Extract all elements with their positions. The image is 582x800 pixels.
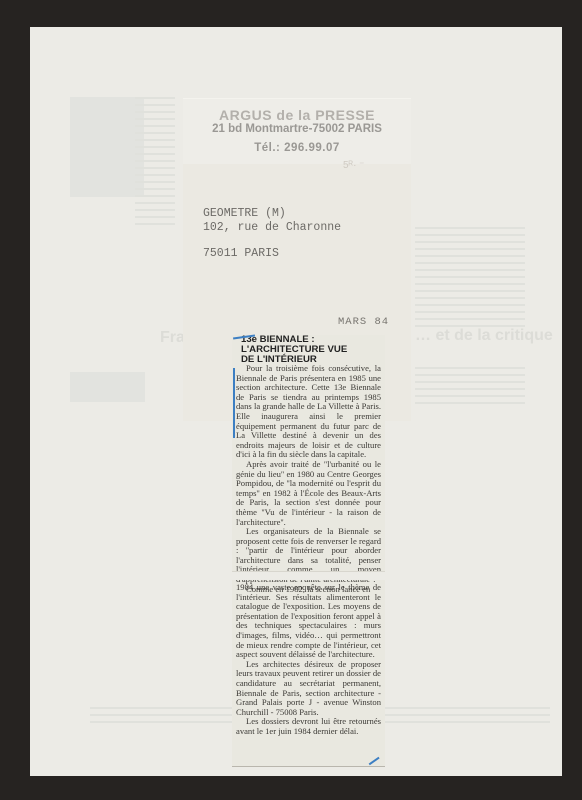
publication-date: MARS 84 bbox=[338, 316, 389, 328]
clipping-body-part1: Pour la troisième fois consécutive, la B… bbox=[236, 364, 381, 594]
paragraph: Après avoir traité de ''l'urbanité ou le… bbox=[236, 460, 381, 527]
recipient-city: 75011 PARIS bbox=[203, 247, 279, 260]
paragraph: Les dossiers devront lui être retournés … bbox=[236, 717, 381, 736]
slip-header: ARGUS de la PRESSE 21 bd Montmartre-7500… bbox=[183, 99, 411, 164]
ghost-heading: … et de la critique bbox=[415, 327, 553, 345]
ghost-image-show-through bbox=[70, 97, 144, 197]
agency-phone: Tél.: 296.99.07 bbox=[183, 142, 411, 154]
paragraph: Les architectes désireux de proposer leu… bbox=[236, 660, 381, 718]
clipping-headline: 13e BIENNALE : L'ARCHITECTURE VUE DE L'I… bbox=[241, 335, 381, 365]
handwritten-mark: 5ᴿ· ⁻ bbox=[343, 160, 364, 171]
pen-mark-margin bbox=[233, 368, 235, 438]
clipping-paste-seam bbox=[232, 571, 385, 580]
agency-address: 21 bd Montmartre-75002 PARIS bbox=[183, 123, 411, 135]
agency-name: ARGUS de la PRESSE bbox=[183, 107, 411, 123]
clipping-body-part2: 1984 une vaste enquête sur le thème de l… bbox=[236, 583, 381, 737]
newspaper-clipping: 13e BIENNALE : L'ARCHITECTURE VUE DE L'I… bbox=[232, 335, 385, 767]
ghost-box bbox=[70, 372, 145, 402]
ghost-text-show-through-right bbox=[415, 227, 525, 327]
paragraph: Pour la troisième fois consécutive, la B… bbox=[236, 364, 381, 460]
paragraph: 1984 une vaste enquête sur le thème de l… bbox=[236, 583, 381, 660]
recipient-street: 102, rue de Charonne bbox=[203, 221, 341, 234]
ghost-heading-left: Fra bbox=[160, 329, 185, 347]
ghost-text-show-through-lower bbox=[415, 367, 525, 407]
recipient-name: GEOMETRE (M) bbox=[203, 207, 286, 220]
ghost-text-show-through bbox=[135, 97, 175, 227]
